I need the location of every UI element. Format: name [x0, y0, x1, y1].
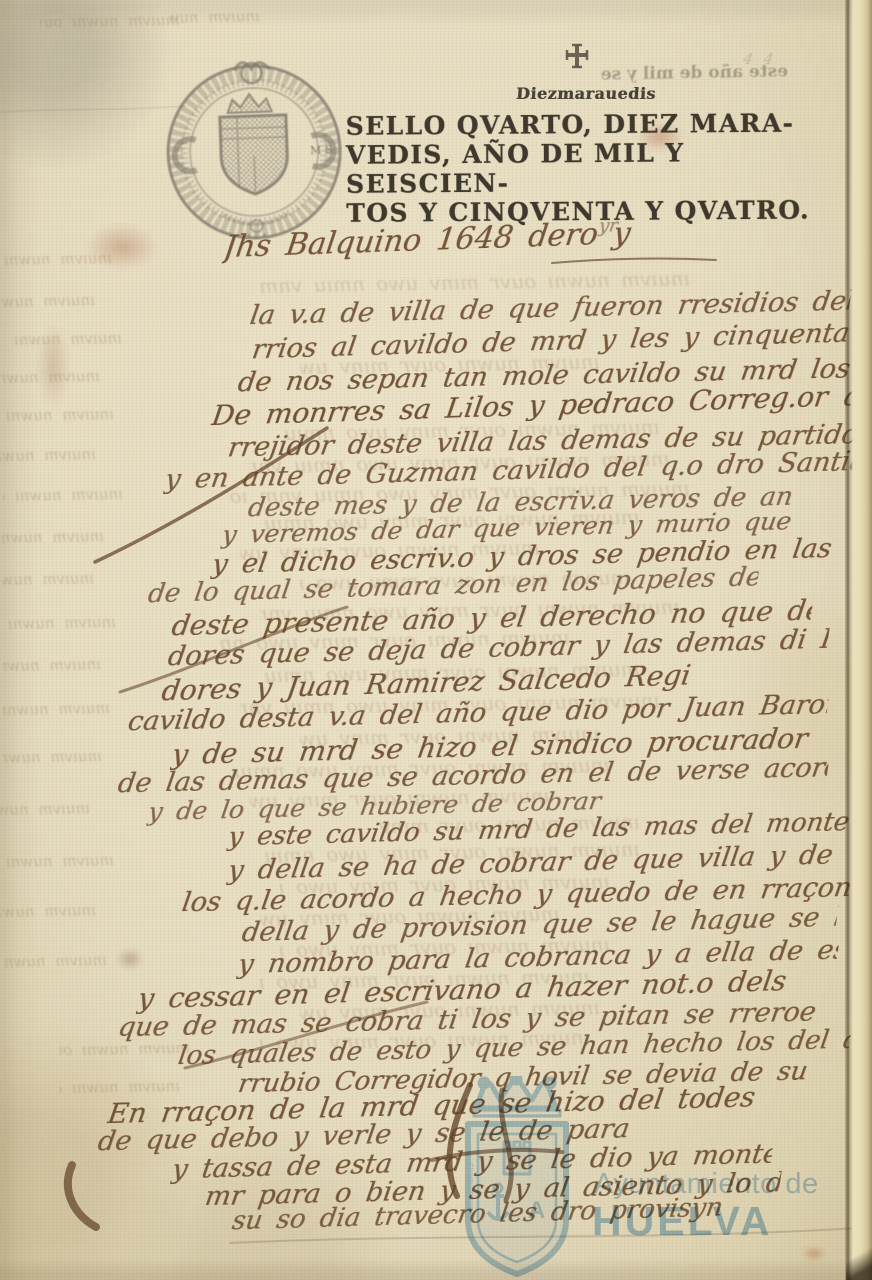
bleedthrough-line: ınuıvm nuwnı ouvr mınv uwo nmıu vnm ıonu… [0, 445, 96, 469]
bleedthrough-line: ınuıvm nuwnı ouvr mınv uwo nmıu vnm ıonu… [0, 699, 110, 723]
bleedthrough-line: ınuıvm nuwnı ouvr mınv uwo nmıu vnm ıonu… [0, 367, 100, 391]
royal-tax-seal-stamp: M S • s • [155, 47, 354, 252]
bleedthrough-line: ınuıvm nuwnı ouvr mınv uwo nmıu vnm ıonu… [0, 799, 90, 823]
book-page-edge [845, 0, 872, 1280]
bleedthrough-line: ınuıvm nuwnı ouvr mınv uwo nmıu vnm ıonu… [0, 901, 96, 925]
bleedthrough-line: ınuıvm nuwnı ouvr mınv uwo nmıu vnm ıonu… [3, 951, 107, 975]
bleedthrough-line: ınuıvm nuwnı ouvr mınv uwo nmıu vnm ıonu… [4, 329, 122, 353]
stamp-caption: Diezmarauedis [515, 84, 656, 103]
bleedthrough-line: ınuıvm nuwnı ouvr mınv uwo nmıu vnm ıonu… [0, 613, 116, 637]
printed-line-1: SELLO QVARTO, DIEZ MARA- [346, 108, 858, 141]
printed-stamp-title: SELLO QVARTO, DIEZ MARA- VEDIS, AÑO DE M… [346, 108, 859, 228]
bleedthrough-line: ınuıvm nuwnı ouvr mınv uwo nmıu vnm ıonu… [2, 747, 102, 771]
cross-icon [564, 42, 590, 70]
bleedthrough-line: ınuıvm nuwnı ouvr mınv uwo nmıu vnm ıonu… [0, 291, 95, 315]
bleedthrough-line: ınuıvm nuwnı ouvr mınv uwo nmıu vnm ıonu… [3, 655, 101, 679]
bleedthrough-line: ınuıvm nuwnı ouvr mınv uwo nmıu vnm ıonu… [0, 527, 104, 551]
manuscript-scan: este año de mil y se [0, 0, 872, 1280]
manuscript-line: 4 4 [739, 50, 785, 84]
manuscript-line: yr [596, 214, 661, 250]
bottom-right-corner-shadow [846, 1234, 872, 1280]
bleedthrough-line: ınuıvm nuwnı ouvr mınv uwo nmıu vnm ıonu… [2, 405, 114, 429]
printed-line-2: VEDIS, AÑO DE MIL Y SEISCIEN- [346, 137, 858, 199]
bleedthrough-line: ınuıvm nuwnı ouvr mınv uwo nmıu vnm ıonu… [2, 249, 112, 273]
bleedthrough-line: ınuıvm nuwnı ouvr mınv uwo nmıu vnm ıonu… [2, 569, 94, 593]
bleedthrough-line: ınuıvm nuwnı ouvr mınv uwo nmıu vnm ıonu… [2, 851, 114, 875]
seal-letters: M S [310, 143, 333, 157]
bleedthrough-line: ınuıvm nuwnı ouvr mınv uwo nmıu vnm ıonu… [170, 7, 260, 31]
bleedthrough-line: ınuıvm nuwnı ouvr mınv uwo nmıu vnm ıonu… [40, 11, 180, 35]
bleedthrough-line: ınuıvm nuwnı ouvr mınv uwo nmıu vnm ıonu… [3, 485, 123, 509]
